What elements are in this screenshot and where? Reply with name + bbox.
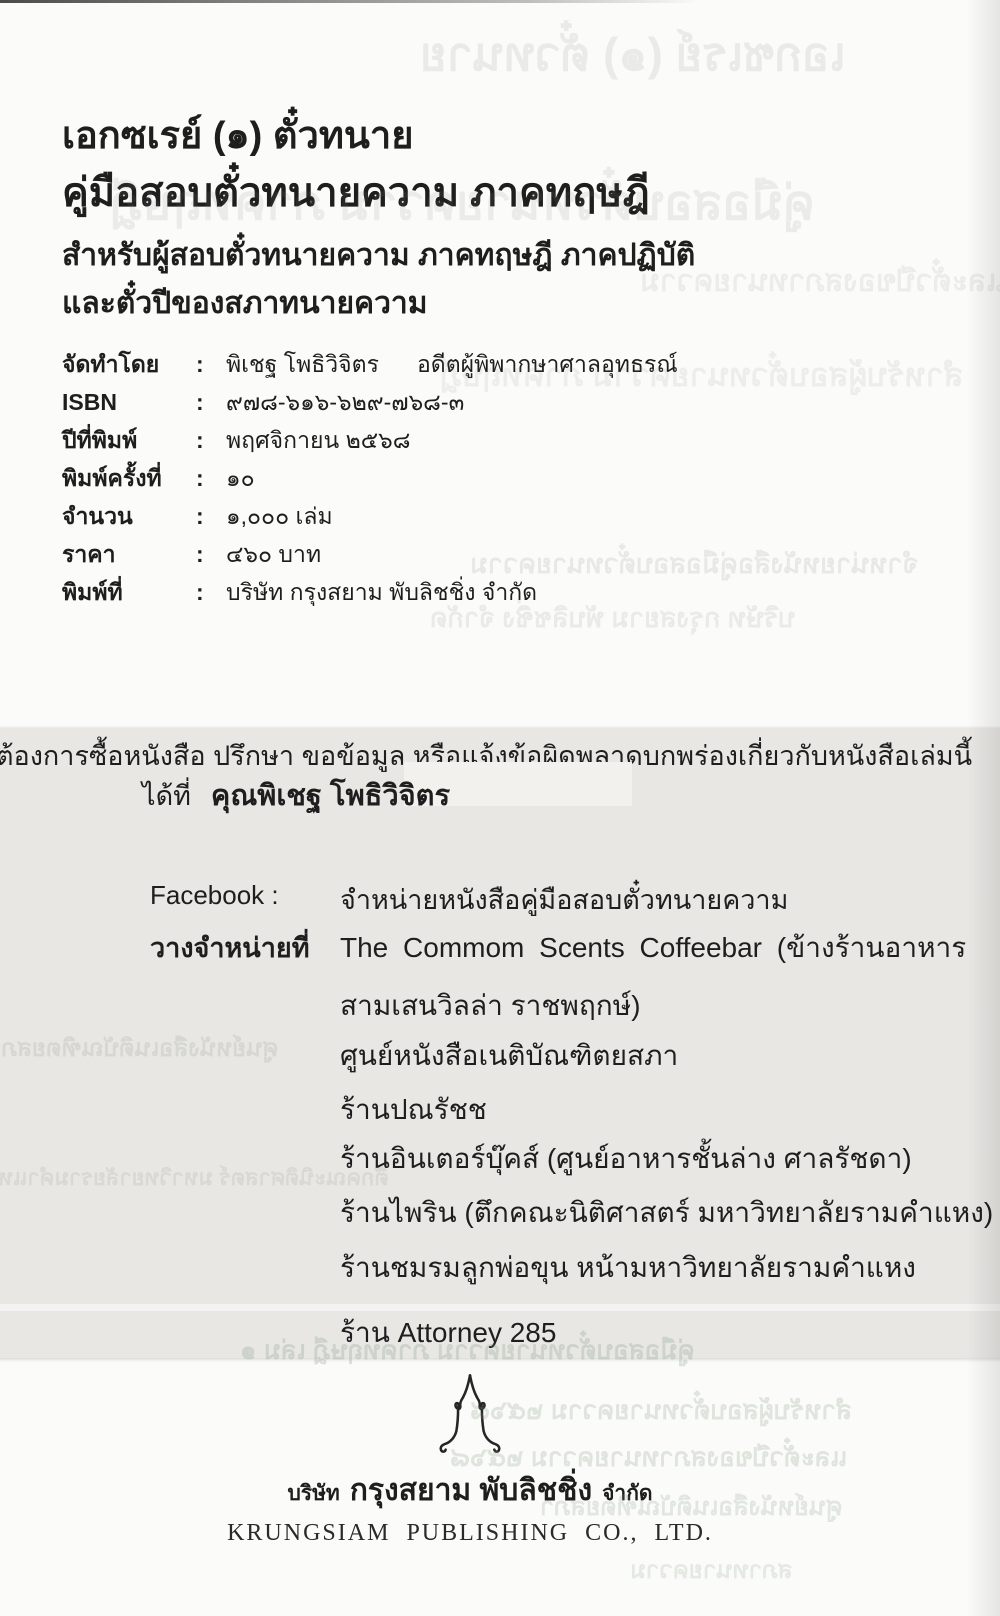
metadata-value: ๑,๐๐๐ เล่ม [226, 504, 333, 528]
book-subtitle-line2: และตั๋วปีของสภาทนายความ [62, 280, 428, 327]
metadata-row-printer: พิมพ์ที่ : บริษัท กรุงสยาม พับลิชชิ่ง จำ… [62, 580, 862, 604]
distribution-item: สามเสนวิลล่า ราชพฤกษ์) [340, 984, 641, 1028]
distribution-item: ร้าน Attorney 285 [340, 1311, 556, 1355]
contact-distribution-panel: ต้องการซื้อหนังสือ ปรึกษา ขอข้อมูล หรือแ… [0, 728, 1000, 1358]
metadata-row-price: ราคา : ๔๖๐ บาท [62, 542, 862, 566]
metadata-value: บริษัท กรุงสยาม พับลิชชิ่ง จำกัด [226, 580, 537, 604]
distribution-item: ร้านไพริน (ตึกคณะนิติศาสตร์ มหาวิทยาลัยร… [340, 1191, 993, 1235]
metadata-label: ISBN [62, 390, 196, 414]
publisher-thai-main: กรุงสยาม พับลิชชิ่ง [350, 1474, 592, 1507]
bleedthrough-text: เอกซเรย์ (๑) ตั๋วทนาย [420, 18, 845, 91]
book-title-line2: คู่มือสอบตั๋วทนายความ ภาคทฤษฎี [62, 160, 650, 224]
metadata-colon: : [196, 390, 226, 414]
distribution-item: ร้านชมรมลูกพ่อขุน หน้ามหาวิทยาลัยรามคำแห… [340, 1246, 916, 1290]
metadata-value: พฤศจิกายน ๒๕๖๘ [226, 428, 411, 452]
contact-line: ได้ที่คุณพิเชฐ โพธิวิจิตร [142, 772, 450, 818]
metadata-colon: : [196, 352, 226, 376]
publication-metadata: จัดทำโดย : พิเชฐ โพธิวิจิตร อดีตผู้พิพาก… [62, 352, 862, 618]
metadata-colon: : [196, 580, 226, 604]
publisher-block: บริษัทกรุงสยาม พับลิชชิ่งจำกัด KRUNGSIAM… [170, 1372, 770, 1547]
facebook-label: Facebook : [150, 880, 279, 911]
distribution-item: ร้านปณรัชช [340, 1088, 487, 1132]
metadata-colon: : [196, 428, 226, 452]
metadata-label: ราคา [62, 542, 196, 566]
distribution-label: วางจำหน่ายที่ [150, 926, 310, 969]
scan-edge-line [0, 0, 700, 3]
bleedthrough-text: สภาทนายความ [630, 1550, 793, 1589]
metadata-row-quantity: จำนวน : ๑,๐๐๐ เล่ม [62, 504, 862, 528]
scan-overlap-edge [0, 1304, 1000, 1311]
metadata-value: ๙๗๘-๖๑๖-๖๒๙-๗๖๘-๓ [226, 390, 464, 414]
metadata-row-year: ปีที่พิมพ์ : พฤศจิกายน ๒๕๖๘ [62, 428, 862, 452]
metadata-row-isbn: ISBN : ๙๗๘-๖๑๖-๖๒๙-๗๖๘-๓ [62, 390, 862, 414]
book-title-line1: เอกซเรย์ (๑) ตั๋วทนาย [62, 104, 413, 165]
contact-person-name: คุณพิเชฐ โพธิวิจิตร [211, 780, 450, 812]
publisher-name-thai: บริษัทกรุงสยาม พับลิชชิ่งจำกัด [170, 1467, 770, 1514]
metadata-row-edition: พิมพ์ครั้งที่ : ๑๐ [62, 466, 862, 490]
metadata-label: ปีที่พิมพ์ [62, 428, 196, 452]
publisher-name-english: KRUNGSIAM PUBLISHING CO., LTD. [170, 1520, 770, 1547]
metadata-colon: : [196, 542, 226, 566]
publisher-thai-suffix: จำกัด [602, 1482, 652, 1505]
metadata-value: ๔๖๐ บาท [226, 542, 321, 566]
scanned-book-copyright-page: เอกซเรย์ (๑) ตั๋วทนาย คู่มือสอบตั๋วทนายค… [0, 0, 1000, 1616]
metadata-colon: : [196, 466, 226, 490]
distribution-item: ศูนย์หนังสือเนติบัณฑิตยสภา [340, 1034, 678, 1078]
contact-at-label: ได้ที่ [142, 781, 191, 811]
publisher-thai-prefix: บริษัท [287, 1482, 339, 1505]
metadata-label: จัดทำโดย [62, 352, 196, 376]
metadata-row-author: จัดทำโดย : พิเชฐ โพธิวิจิตร อดีตผู้พิพาก… [62, 352, 862, 376]
metadata-value: พิเชฐ โพธิวิจิตร [226, 352, 379, 376]
thai-arch-logo-icon [436, 1372, 504, 1457]
distribution-item: ร้านอินเตอร์บุ๊คส์ (ศูนย์อาหารชั้นล่าง ศ… [340, 1137, 912, 1181]
distribution-item: The Commom Scents Coffeebar (ข้างร้านอาห… [340, 926, 966, 970]
book-subtitle-line1: สำหรับผู้สอบตั๋วทนายความ ภาคทฤษฎี ภาคปฏิ… [62, 232, 695, 279]
facebook-page-name: จำหน่ายหนังสือคู่มือสอบตั๋วทนายความ [340, 878, 788, 921]
metadata-label: จำนวน [62, 504, 196, 528]
metadata-label: พิมพ์ที่ [62, 580, 196, 604]
metadata-colon: : [196, 504, 226, 528]
metadata-value-extra: อดีตผู้พิพากษาศาลอุทธรณ์ [417, 352, 678, 376]
metadata-value: ๑๐ [226, 466, 255, 490]
metadata-label: พิมพ์ครั้งที่ [62, 466, 196, 490]
